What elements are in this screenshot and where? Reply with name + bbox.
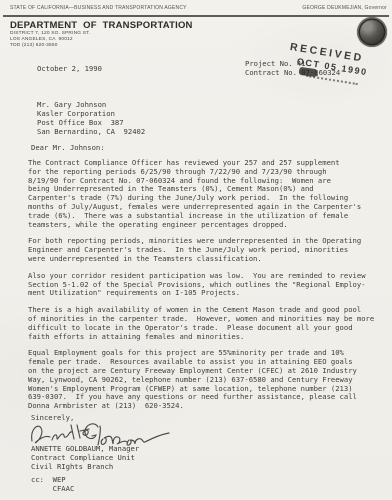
- reference-block: Project No. 41 Contract No. 07-060324: [245, 60, 340, 78]
- letterhead-address: DISTRICT 7, 120 SO. SPRING ST. LOS ANGEL…: [10, 31, 90, 49]
- cc-block: cc: WEP CFAAC: [31, 475, 74, 493]
- letter-body: The Contract Compliance Officer has revi…: [28, 159, 384, 419]
- salutation: Dear Mr. Johnson:: [31, 143, 105, 152]
- signer-block: ANNETTE GOLDBAUM, Manager Contract Compl…: [31, 444, 139, 471]
- department-name: DEPARTMENT OF TRANSPORTATION: [10, 20, 193, 31]
- date-line: October 2, 1990: [37, 64, 102, 73]
- body-paragraph-2: For both reporting periods, minorities w…: [28, 237, 384, 263]
- header-rule: [3, 15, 389, 17]
- body-paragraph-3: Also your corridor resident participatio…: [28, 272, 384, 298]
- body-paragraph-1: The Contract Compliance Officer has revi…: [28, 159, 384, 229]
- governor-line: GEORGE DEUKMEJIAN, Governor: [302, 5, 387, 11]
- recipient-address: Mr. Gary Johnson Kasler Corporation Post…: [37, 100, 145, 136]
- agency-line: STATE OF CALIFORNIA—BUSINESS AND TRANSPO…: [10, 5, 187, 11]
- letter-page: STATE OF CALIFORNIA—BUSINESS AND TRANSPO…: [0, 0, 392, 500]
- body-paragraph-4: There is a high availability of women in…: [28, 306, 384, 341]
- body-paragraph-5: Equal Employment goals for this project …: [28, 349, 384, 411]
- state-seal-icon: [357, 17, 387, 47]
